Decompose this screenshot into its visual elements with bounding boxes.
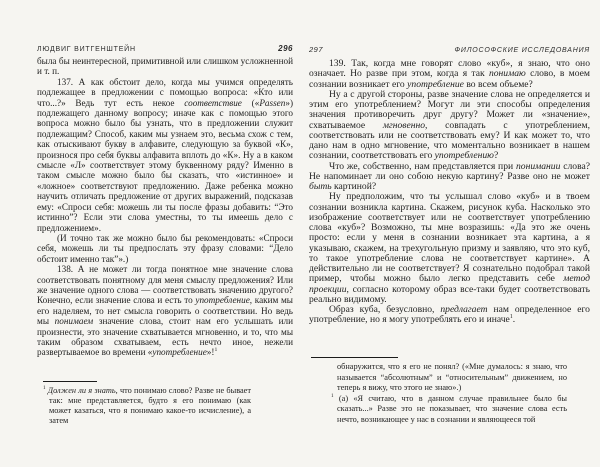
footnote-paragraph: 1 (а) «Я считаю, что в данном случае пра… <box>337 394 567 426</box>
right-footnote-paras: обнаружится, что я его не понял? («Мне д… <box>309 362 567 426</box>
paragraph: 138. А не может ли тогда понятное мне зн… <box>37 264 293 358</box>
paragraph: была бы неинтересной, примитивной или сл… <box>37 56 293 77</box>
paragraph: Что же, собственно, нам представляется п… <box>309 162 590 193</box>
paragraph: (И точно так же можно было бы рекомендов… <box>37 233 293 264</box>
paragraph: Образ куба, безусловно, предлагает нам о… <box>309 305 590 326</box>
left-page-footnote: 1 Должен ли я знать, что понимаю слово? … <box>37 381 251 426</box>
running-header-book-title: ФИЛОСОФСКИЕ ИССЛЕДОВАНИЯ <box>455 47 590 54</box>
paragraph: Ну а с другой стороны, разве значение сл… <box>309 90 590 162</box>
right-page-footnote: обнаружится, что я его не понял? («Мне д… <box>309 357 567 426</box>
paragraph: Ну предположим, что ты услышал слово «ку… <box>309 192 590 305</box>
right-page: 297 ФИЛОСОФСКИЕ ИССЛЕДОВАНИЯ 139. Так, к… <box>309 0 590 467</box>
left-running-header: ЛЮДВИГ ВИТГЕНШТЕЙН 296 <box>37 44 293 53</box>
footnote-rule <box>43 381 97 382</box>
footnote-rule <box>311 357 398 358</box>
page-number-right: 297 <box>309 45 323 54</box>
running-header-author: ЛЮДВИГ ВИТГЕНШТЕЙН <box>37 46 136 53</box>
footnote-paragraph: обнаружится, что я его не понял? («Мне д… <box>337 362 567 394</box>
left-page: ЛЮДВИГ ВИТГЕНШТЕЙН 296 была бы неинтерес… <box>37 0 293 467</box>
left-footnote-paras: 1 Должен ли я знать, что понимаю слово? … <box>37 386 251 426</box>
paragraph: 137. А как обстоит дело, когда мы учимся… <box>37 77 293 233</box>
book-scan: { "colors": { "paper": "#f6f5f1", "ink":… <box>0 0 600 467</box>
right-page-body: 139. Так, когда мне говорят слово «куб»,… <box>309 59 590 326</box>
paragraph: 139. Так, когда мне говорят слово «куб»,… <box>309 59 590 90</box>
footnote-paragraph: 1 Должен ли я знать, что понимаю слово? … <box>49 386 251 426</box>
page-number-left: 296 <box>278 44 293 53</box>
right-running-header: 297 ФИЛОСОФСКИЕ ИССЛЕДОВАНИЯ <box>309 45 590 54</box>
left-page-body: была бы неинтересной, примитивной или сл… <box>37 56 293 358</box>
